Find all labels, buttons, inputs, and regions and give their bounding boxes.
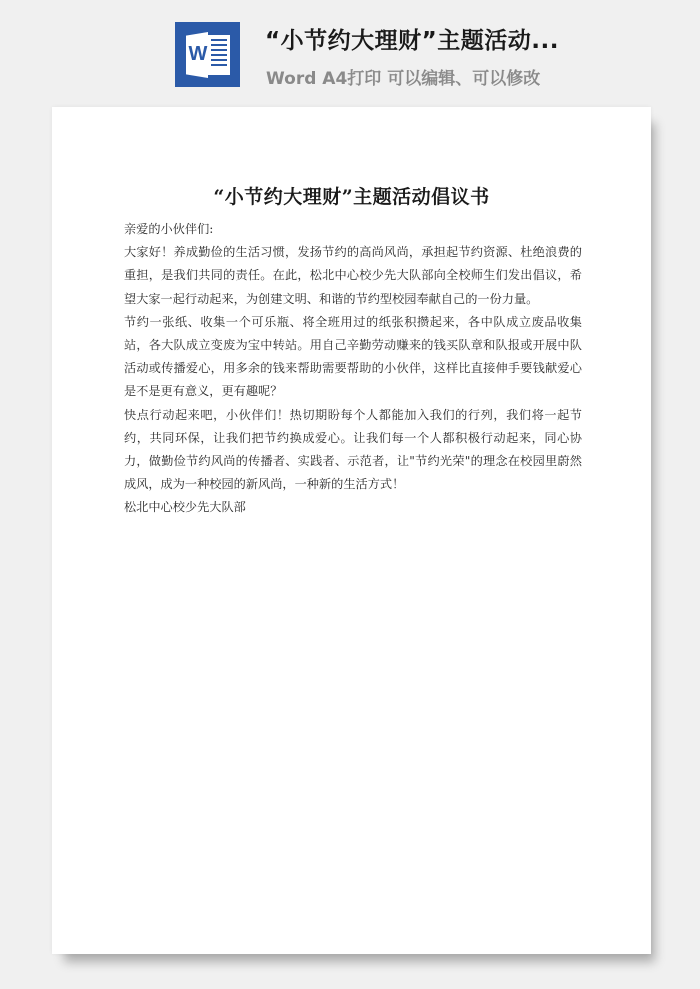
word-document-icon: W [175,22,240,87]
file-subtitle: Word A4打印 可以编辑、可以修改 [266,64,540,89]
signature: 松北中心校少先大队部 [124,496,582,519]
paragraph: 节约一张纸、收集一个可乐瓶、将全班用过的纸张积攒起来，各中队成立废品收集站，各大… [124,311,582,404]
document-page: “小节约大理财”主题活动倡议书 亲爱的小伙伴们: 大家好！养成勤俭的生活习惯，发… [52,107,651,954]
greeting: 亲爱的小伙伴们: [124,218,582,241]
paragraph: 快点行动起来吧，小伙伴们！热切期盼每个人都能加入我们的行列，我们将一起节约，共同… [124,404,582,497]
paragraph: 大家好！养成勤俭的生活习惯，发扬节约的高尚风尚，承担起节约资源、杜绝浪费的重担，… [124,241,582,311]
document-lines-graphic [208,35,230,75]
preview-header: W “小节约大理财”主题活动... Word A4打印 可以编辑、可以修改 [0,0,700,100]
word-letter: W [185,43,211,65]
file-title: “小节约大理财”主题活动... [265,22,559,55]
document-body: 亲爱的小伙伴们: 大家好！养成勤俭的生活习惯，发扬节约的高尚风尚，承担起节约资源… [124,218,582,520]
document-title: “小节约大理财”主题活动倡议书 [52,182,651,209]
